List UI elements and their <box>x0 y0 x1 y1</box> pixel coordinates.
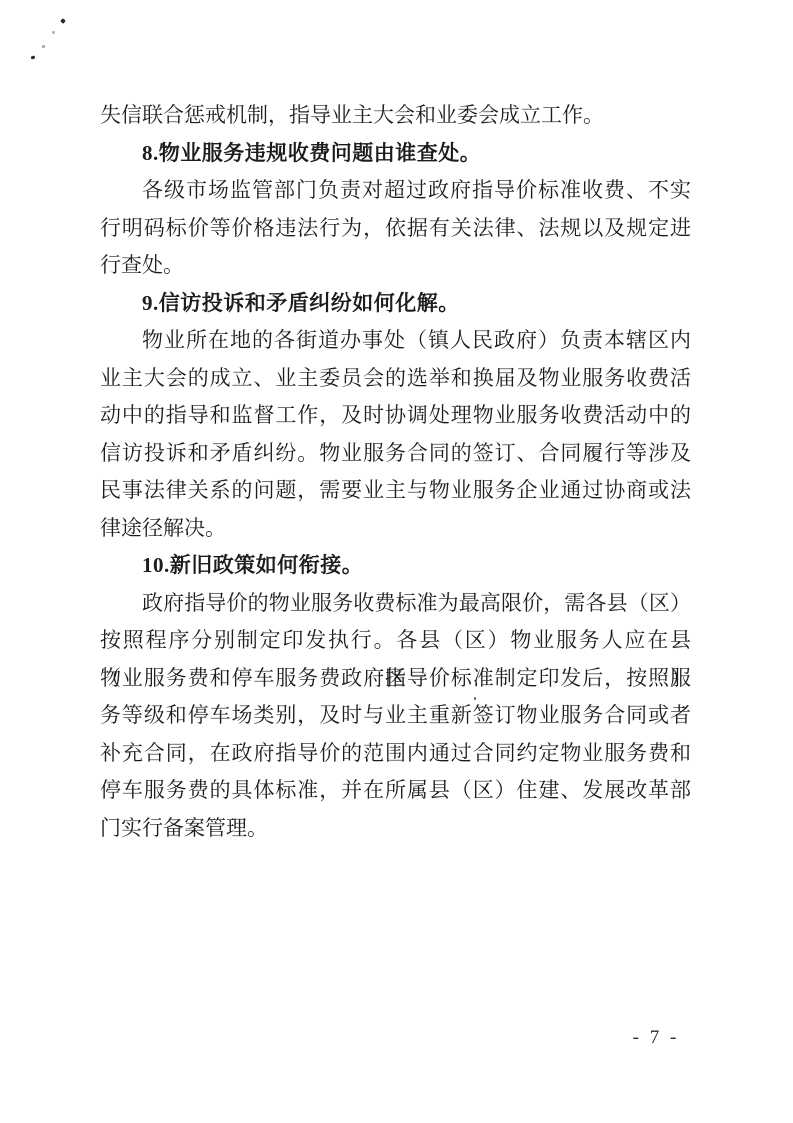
body-line: 行明码标价等价格违法行为，依据有关法律、法规以及规定进 <box>100 210 691 248</box>
scan-speck <box>60 18 66 24</box>
section-heading-8: 8.物业服务违规收费问题由谁查处。 <box>100 135 691 173</box>
body-line: 民事法律关系的问题，需要业主与物业服务企业通过协商或法 <box>100 472 691 510</box>
section-heading-9: 9.信访投诉和矛盾纠纷如何化解。 <box>100 285 691 323</box>
body-line: 动中的指导和监督工作，及时协调处理物业服务收费活动中的 <box>100 397 691 435</box>
document-body: 失信联合惩戒机制，指导业主大会和业委会成立工作。 8.物业服务违规收费问题由谁查… <box>100 97 691 847</box>
body-line: 物业服务费和停车服务费政府指导价标准制定印发后，按照服 <box>100 660 691 698</box>
body-line: 停车服务费的具体标准，并在所属县（区）住建、发展改革部 <box>100 772 691 810</box>
body-line: 行查处。 <box>100 247 691 285</box>
body-line: 各级市场监管部门负责对超过政府指导价标准收费、不实 <box>100 172 691 210</box>
body-line: 补充合同，在政府指导价的范围内通过合同约定物业服务费和 <box>100 735 691 773</box>
scan-speck <box>31 55 36 59</box>
body-line: 业主大会的成立、业主委员会的选举和换届及物业服务收费活 <box>100 360 691 398</box>
scan-speck <box>42 45 45 48</box>
body-line: 物业所在地的各街道办事处（镇人民政府）负责本辖区内 <box>100 322 691 360</box>
body-line: 务等级和停车场类别，及时与业主重新签订物业服务合同或者 <box>100 697 691 735</box>
body-line: 政府指导价的物业服务收费标准为最高限价，需各县（区） <box>100 585 691 623</box>
body-line: 门实行备案管理。 <box>100 810 691 848</box>
body-line: 律途径解决。 <box>100 510 691 548</box>
document-page: 失信联合惩戒机制，指导业主大会和业委会成立工作。 8.物业服务违规收费问题由谁查… <box>0 0 793 1123</box>
body-line: 按照程序分别制定印发执行。各县（区）物业服务人应在县（区） <box>100 622 691 660</box>
body-line: 信访投诉和矛盾纠纷。物业服务合同的签订、合同履行等涉及 <box>100 435 691 473</box>
scan-speck <box>52 31 55 34</box>
body-line: 失信联合惩戒机制，指导业主大会和业委会成立工作。 <box>100 97 691 135</box>
section-heading-10: 10.新旧政策如何衔接。 <box>100 547 691 585</box>
page-number: - 7 - <box>616 1026 696 1050</box>
